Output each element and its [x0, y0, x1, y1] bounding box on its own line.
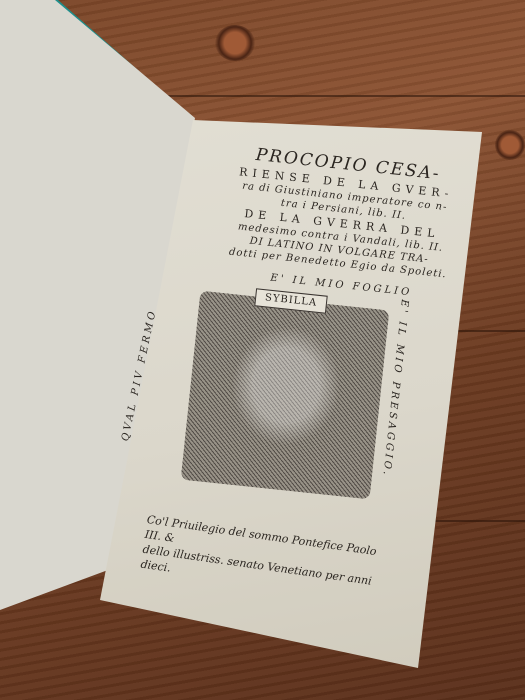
wood-knot [215, 25, 255, 61]
sibyl-woodcut-illustration [181, 291, 390, 500]
wood-knot [495, 130, 525, 160]
